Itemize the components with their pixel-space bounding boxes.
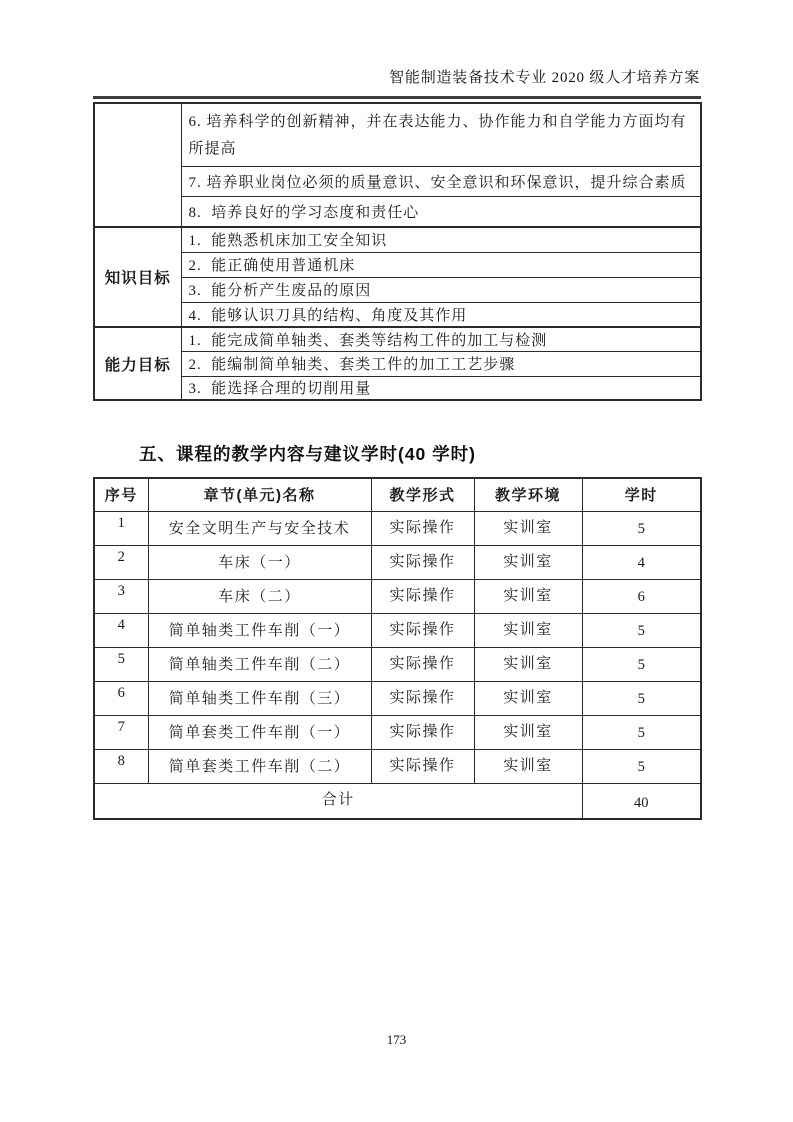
objectives-group-label-empty <box>94 103 181 227</box>
objective-item: 2. 能编制简单轴类、套类工件的加工工艺步骤 <box>181 351 701 376</box>
objective-item: 2. 能正确使用普通机床 <box>181 252 701 277</box>
objective-item: 4. 能够认识刀具的结构、角度及其作用 <box>181 302 701 327</box>
row-hours: 6 <box>582 579 701 613</box>
row-form: 实际操作 <box>371 715 474 749</box>
objective-item: 3. 能选择合理的切削用量 <box>181 376 701 400</box>
row-hours: 5 <box>582 647 701 681</box>
row-env: 实训室 <box>474 647 582 681</box>
schedule-table: 序号 章节(单元)名称 教学形式 教学环境 学时 1 安全文明生产与安全技术 实… <box>93 477 702 820</box>
section-heading: 五、课程的教学内容与建议学时(40 学时) <box>139 441 476 466</box>
column-header-name: 章节(单元)名称 <box>148 478 371 511</box>
column-header-hours: 学时 <box>582 478 701 511</box>
row-env: 实训室 <box>474 749 582 783</box>
row-env: 实训室 <box>474 579 582 613</box>
table-row: 8 简单套类工件车削（二） 实际操作 实训室 5 <box>94 749 701 783</box>
column-header-env: 教学环境 <box>474 478 582 511</box>
row-no: 7 <box>94 715 148 749</box>
page-number: 173 <box>0 1032 793 1048</box>
row-no: 2 <box>94 545 148 579</box>
total-row: 合计 40 <box>94 783 701 819</box>
row-env: 实训室 <box>474 511 582 545</box>
total-hours-cell: 40 <box>582 783 701 819</box>
row-form: 实际操作 <box>371 647 474 681</box>
row-no: 3 <box>94 579 148 613</box>
header-rule <box>93 96 701 99</box>
row-no: 4 <box>94 613 148 647</box>
row-name: 简单套类工件车削（一） <box>148 715 371 749</box>
column-header-form: 教学形式 <box>371 478 474 511</box>
row-name: 简单套类工件车削（二） <box>148 749 371 783</box>
row-no: 8 <box>94 749 148 783</box>
row-env: 实训室 <box>474 613 582 647</box>
column-header-no: 序号 <box>94 478 148 511</box>
objective-item: 8. 培养良好的学习态度和责任心 <box>181 196 701 227</box>
row-hours: 5 <box>582 749 701 783</box>
objective-item: 1. 能熟悉机床加工安全知识 <box>181 227 701 252</box>
table-row: 4 简单轴类工件车削（一） 实际操作 实训室 5 <box>94 613 701 647</box>
objective-item: 6. 培养科学的创新精神，并在表达能力、协作能力和自学能力方面均有所提高 <box>181 103 701 166</box>
objective-item: 1. 能完成简单轴类、套类等结构工件的加工与检测 <box>181 327 701 351</box>
row-form: 实际操作 <box>371 681 474 715</box>
row-name: 简单轴类工件车削（一） <box>148 613 371 647</box>
row-hours: 5 <box>582 613 701 647</box>
row-form: 实际操作 <box>371 511 474 545</box>
page-header-title: 智能制造装备技术专业 2020 级人才培养方案 <box>93 66 700 87</box>
table-row: 1 安全文明生产与安全技术 实际操作 实训室 5 <box>94 511 701 545</box>
row-name: 车床（二） <box>148 579 371 613</box>
document-page: 智能制造装备技术专业 2020 级人才培养方案 6. 培养科学的创新精神，并在表… <box>0 0 793 1122</box>
row-no: 5 <box>94 647 148 681</box>
row-name: 简单轴类工件车削（三） <box>148 681 371 715</box>
table-row: 5 简单轴类工件车削（二） 实际操作 实训室 5 <box>94 647 701 681</box>
objectives-group-label-knowledge: 知识目标 <box>94 227 181 327</box>
row-no: 1 <box>94 511 148 545</box>
objectives-table: 6. 培养科学的创新精神，并在表达能力、协作能力和自学能力方面均有所提高 7. … <box>93 102 702 401</box>
row-hours: 4 <box>582 545 701 579</box>
table-row: 2 车床（一） 实际操作 实训室 4 <box>94 545 701 579</box>
row-no: 6 <box>94 681 148 715</box>
objective-item: 7. 培养职业岗位必须的质量意识、安全意识和环保意识，提升综合素质 <box>181 166 701 196</box>
row-name: 安全文明生产与安全技术 <box>148 511 371 545</box>
row-env: 实训室 <box>474 545 582 579</box>
total-label-cell: 合计 <box>94 783 582 819</box>
row-name: 简单轴类工件车削（二） <box>148 647 371 681</box>
row-form: 实际操作 <box>371 579 474 613</box>
row-env: 实训室 <box>474 715 582 749</box>
row-hours: 5 <box>582 681 701 715</box>
row-form: 实际操作 <box>371 545 474 579</box>
schedule-header-row: 序号 章节(单元)名称 教学形式 教学环境 学时 <box>94 478 701 511</box>
table-row: 7 简单套类工件车削（一） 实际操作 实训室 5 <box>94 715 701 749</box>
row-form: 实际操作 <box>371 749 474 783</box>
table-row: 3 车床（二） 实际操作 实训室 6 <box>94 579 701 613</box>
row-name: 车床（一） <box>148 545 371 579</box>
row-hours: 5 <box>582 715 701 749</box>
row-env: 实训室 <box>474 681 582 715</box>
objectives-group-label-ability: 能力目标 <box>94 327 181 400</box>
row-form: 实际操作 <box>371 613 474 647</box>
table-row: 6 简单轴类工件车削（三） 实际操作 实训室 5 <box>94 681 701 715</box>
row-hours: 5 <box>582 511 701 545</box>
objective-item: 3. 能分析产生废品的原因 <box>181 277 701 302</box>
